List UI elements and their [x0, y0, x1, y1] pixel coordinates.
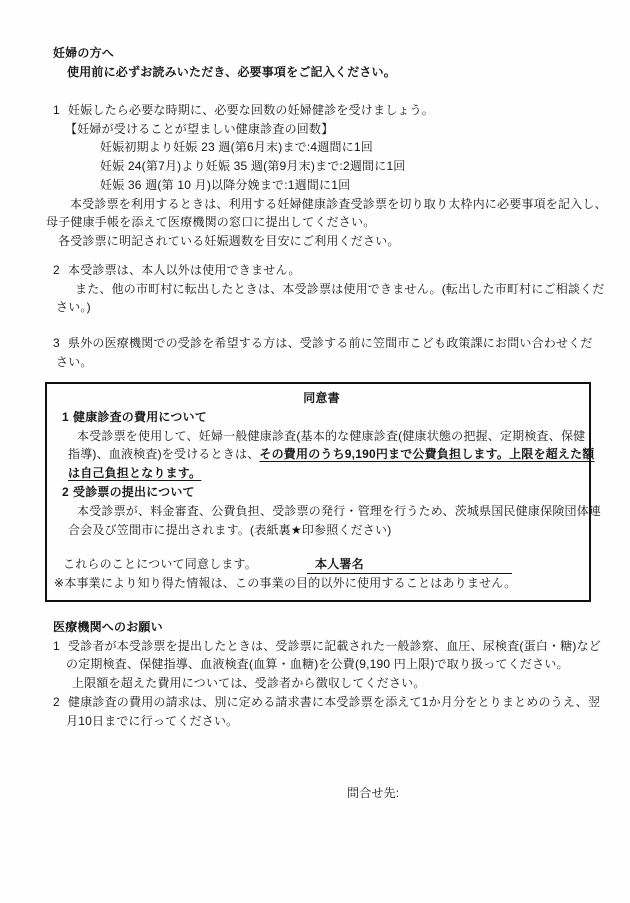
schedule-line: 妊娠初期より妊娠 23 週(第6月末)まで:4週間に1回 [100, 138, 607, 157]
consent-body-line: 指導)、血液検査)を受けるときは、その費用のうち9,190円まで公費負担します。… [68, 445, 581, 464]
cost-emphasis-text: その費用のうち9,190円まで公費負担します。上限を超えた額 [259, 447, 594, 461]
document-footer: 問合せ先: [347, 784, 399, 803]
bracket-heading: 【妊婦が受けることが望ましい健康診査の回数】 [65, 120, 607, 139]
document-page: 妊婦の方へ 使用前に必ずお読みいただき、必要事項をご記入ください。 1妊娠したら… [0, 0, 630, 903]
cost-emphasis-text: は自己負担となります。 [68, 466, 201, 480]
spacer [62, 539, 581, 555]
usage-paragraph-line: 本受診票を利用するときは、利用する妊婦健康診査受診票を切り取り太枠内に必要事項を… [70, 195, 607, 214]
item-body-line: 月10日までに行ってください。 [66, 712, 601, 731]
consent-item-1-heading-row: 1健康診査の費用について [62, 408, 581, 427]
consent-body-text: 指導)、血液検査)を受けるときは、 [68, 447, 259, 461]
item-number: 2 [53, 261, 68, 280]
item-body-line: さい。 [56, 353, 593, 372]
section-out-of-prefecture: 3県外の医療機関での受診を希望する方は、受診する前に笠間市こども政策課にお問い合… [53, 334, 593, 371]
document-header: 妊婦の方へ 使用前に必ずお読みいただき、必要事項をご記入ください。 [53, 44, 396, 81]
item-body-line: さい。) [56, 298, 605, 317]
section-checkup-schedule: 1妊娠したら必要な時期に、必要な回数の妊婦健診を受けましょう。 【妊婦が受けるこ… [53, 101, 607, 251]
usage-paragraph-line: 各受診票に明記されている妊娠週数を目安にご利用ください。 [58, 232, 607, 251]
contact-label: 問合せ先: [347, 784, 399, 803]
item-body-line: の定期検査、保健指導、血液検査(血算・血糖)を公費(9,190 円上限)で取り扱… [66, 655, 601, 674]
item-number: 1 [53, 637, 68, 656]
section-personal-use: 2本受診票は、本人以外は使用できません。 また、他の市町村に転出したときは、本受… [53, 261, 605, 317]
medical-section-heading: 医療機関へのお願い [53, 618, 601, 637]
item-lead-text: 本受診票は、本人以外は使用できません。 [68, 263, 301, 277]
item-number: 2 [53, 693, 68, 712]
signature-label: 本人署名 [315, 557, 364, 571]
item-number: 3 [53, 334, 68, 353]
consent-body-line: は自己負担となります。 [68, 464, 581, 483]
consent-form-box: 同意書 1健康診査の費用について 本受診票を使用して、妊婦一般健康診査(基本的な… [45, 382, 591, 602]
item-lead-text: 受診者が本受診票を提出したときは、受診票に記載された一般診察、血圧、尿検査(蛋白… [68, 639, 601, 653]
agreement-row: これらのことについて同意します。 本人署名 [63, 555, 581, 574]
item-lead-text: 健康診査の費用の請求は、別に定める請求書に本受診票を添えて1か月分をとりまとめの… [68, 695, 600, 709]
numbered-item-2: 2本受診票は、本人以外は使用できません。 [53, 261, 605, 280]
item-number: 1 [53, 101, 68, 120]
page-subtitle: 使用前に必ずお読みいただき、必要事項をご記入ください。 [67, 63, 396, 82]
consent-item-heading: 健康診査の費用について [73, 410, 207, 424]
agreement-text: これらのことについて同意します。 [63, 555, 257, 574]
consent-box-title: 同意書 [62, 389, 581, 408]
schedule-line: 妊娠 24(第7月)より妊娠 35 週(第9月末)まで:2週間に1回 [100, 157, 607, 176]
usage-paragraph-line: 母子健康手帳を添えて医療機関の窓口に提出してください。 [46, 213, 607, 232]
item-lead-text: 妊娠したら必要な時期に、必要な回数の妊婦健診を受けましょう。 [68, 103, 434, 117]
item-number: 1 [62, 408, 73, 427]
schedule-line: 妊娠 36 週(第 10 月)以降分娩まで:1週間に1回 [100, 176, 607, 195]
consent-body-line: 本受診票が、料金審査、公費負担、受診票の発行・管理を行うため、茨城県国民健康保険… [77, 502, 581, 521]
section-medical-request: 医療機関へのお願い 1受診者が本受診票を提出したときは、受診票に記載された一般診… [53, 618, 601, 730]
medical-item-2: 2健康診査の費用の請求は、別に定める請求書に本受診票を添えて1か月分をとりまとめ… [53, 693, 601, 712]
signature-line[interactable]: 本人署名 [307, 556, 512, 574]
item-body-line: 上限額を超えた費用については、受診者から徴収してください。 [72, 674, 601, 693]
page-title: 妊婦の方へ [53, 44, 396, 63]
numbered-item-1: 1妊娠したら必要な時期に、必要な回数の妊婦健診を受けましょう。 [53, 101, 607, 120]
privacy-note: ※本事業により知り得た情報は、この事業の目的以外に使用することはありません。 [54, 574, 581, 593]
item-lead-text: 県外の医療機関での受診を希望する方は、受診する前に笠間市こども政策課にお問い合わ… [68, 336, 593, 350]
consent-body-line: 合会及び笠間市に提出されます。(表紙裏★印参照ください) [68, 521, 581, 540]
item-body-line: また、他の市町村に転出したときは、本受診票は使用できません。(転出した市町村にご… [75, 280, 605, 299]
consent-item-heading: 受診票の提出について [73, 485, 195, 499]
consent-item-2-heading-row: 2受診票の提出について [62, 483, 581, 502]
item-number: 2 [62, 483, 73, 502]
consent-body-line: 本受診票を使用して、妊婦一般健康診査(基本的な健康診査(健康状態の把握、定期検査… [77, 427, 581, 446]
numbered-item-3: 3県外の医療機関での受診を希望する方は、受診する前に笠間市こども政策課にお問い合… [53, 334, 593, 353]
medical-item-1: 1受診者が本受診票を提出したときは、受診票に記載された一般診察、血圧、尿検査(蛋… [53, 637, 601, 656]
